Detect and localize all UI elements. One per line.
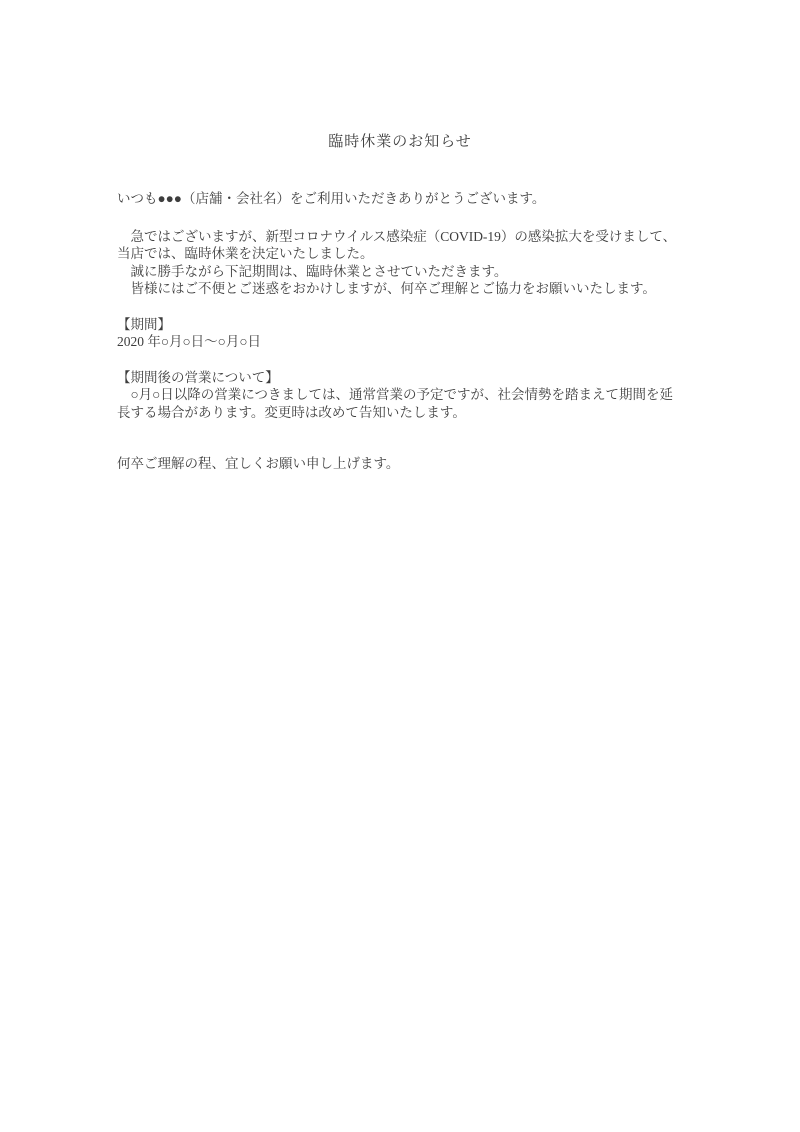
period-section: 【期間】 2020 年○月○日～○月○日 xyxy=(117,316,700,351)
period-heading: 【期間】 xyxy=(117,316,700,334)
after-period-section: 【期間後の営業について】 ○月○日以降の営業につきましては、通常営業の予定ですが… xyxy=(117,369,700,422)
paragraph-line: 長する場合があります。変更時は改めて告知いたします。 xyxy=(117,404,700,422)
after-period-heading: 【期間後の営業について】 xyxy=(117,369,700,387)
period-value: 2020 年○月○日～○月○日 xyxy=(117,333,700,351)
document-body: いつも●●●（店舗・会社名）をご利用いただきありがとうございます。 急ではござい… xyxy=(0,190,800,473)
paragraph-line: 誠に勝手ながら下記期間は、臨時休業とさせていただきます。 xyxy=(117,263,700,281)
closing-line: 何卒ご理解の程、宜しくお願い申し上げます。 xyxy=(117,455,700,473)
paragraph-line: 当店では、臨時休業を決定いたしました。 xyxy=(117,245,700,263)
document-page: 臨時休業のお知らせ いつも●●●（店舗・会社名）をご利用いただきありがとうござい… xyxy=(0,0,800,1132)
paragraph-line: 皆様にはご不便とご迷惑をおかけしますが、何卒ご理解とご協力をお願いいたします。 xyxy=(117,280,700,298)
greeting-line: いつも●●●（店舗・会社名）をご利用いただきありがとうございます。 xyxy=(117,190,700,208)
document-title: 臨時休業のお知らせ xyxy=(0,133,800,151)
paragraph-line: ○月○日以降の営業につきましては、通常営業の予定ですが、社会情勢を踏まえて期間を… xyxy=(117,386,700,404)
main-paragraph: 急ではございますが、新型コロナウイルス感染症（COVID-19）の感染拡大を受け… xyxy=(117,228,700,298)
paragraph-line: 急ではございますが、新型コロナウイルス感染症（COVID-19）の感染拡大を受け… xyxy=(117,228,700,246)
